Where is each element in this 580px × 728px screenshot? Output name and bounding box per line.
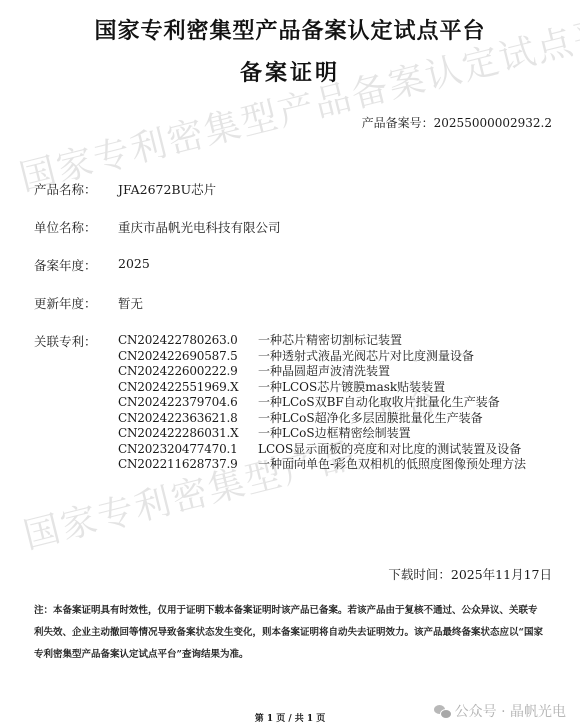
- product-name-value: JFA2672BU芯片: [118, 180, 216, 198]
- company-name-label: 单位名称：: [34, 218, 97, 236]
- patent-row: CN202422379704.6 一种LCoS双BF自动化取收片批量化生产装备: [118, 395, 558, 411]
- patent-row: CN202211628737.9 一种面向单色-彩色双相机的低照度图像预处理方法: [118, 457, 558, 473]
- patent-title: 一种LCoS超净化多层固膜批量化生产装备: [258, 411, 528, 427]
- patent-row: CN202422551969.X 一种LCOS芯片镀膜mask贴装装置: [118, 380, 558, 396]
- record-year-label: 备案年度：: [34, 256, 97, 274]
- patent-number: CN202211628737.9: [118, 457, 258, 473]
- patent-number: CN202422600222.9: [118, 364, 258, 380]
- certificate-title: 国家专利密集型产品备案认定试点平台: [0, 14, 580, 45]
- patent-title: 一种透射式液晶光阀芯片对比度测量设备: [258, 349, 528, 365]
- product-name-label: 产品名称：: [34, 180, 97, 198]
- certificate-subtitle: 备案证明: [0, 56, 580, 87]
- certificate-document: 国家专利密集型产品备案认定试点平台 备案证明 产品备案号：20255000002…: [0, 0, 580, 728]
- disclaimer-note: 注：本备案证明具有时效性，仅用于证明下载本备案证明时该产品已备案。若该产品由于复…: [34, 600, 546, 666]
- patent-row: CN202422286031.X 一种LCoS边框精密绘制装置: [118, 426, 558, 442]
- patent-list: CN202422780263.0 一种芯片精密切割标记装置 CN20242269…: [118, 333, 558, 473]
- related-patents-label: 关联专利：: [34, 332, 97, 350]
- record-year-value: 2025: [118, 256, 150, 271]
- wechat-icon: [434, 705, 450, 718]
- wechat-source-watermark: 公众号 · 晶帆光电: [434, 701, 566, 721]
- patent-number: CN202422286031.X: [118, 426, 258, 442]
- patent-title: 一种LCoS边框精密绘制装置: [258, 426, 528, 442]
- patent-title: 一种LCOS芯片镀膜mask贴装装置: [258, 380, 528, 396]
- patent-number: CN202422379704.6: [118, 395, 258, 411]
- patent-title: 一种面向单色-彩色双相机的低照度图像预处理方法: [258, 457, 528, 473]
- download-time: 下载时间：2025年11月17日: [388, 565, 552, 583]
- company-name-value: 重庆市晶帆光电科技有限公司: [118, 218, 281, 236]
- patent-row: CN202320477470.1 LCOS显示面板的亮度和对比度的测试装置及设备: [118, 442, 558, 458]
- wechat-source-text: 公众号 · 晶帆光电: [455, 701, 566, 721]
- update-year-label: 更新年度：: [34, 294, 97, 312]
- record-number: 产品备案号：20255000002932.2: [362, 114, 552, 131]
- patent-row: CN202422363621.8 一种LCoS超净化多层固膜批量化生产装备: [118, 411, 558, 427]
- patent-number: CN202320477470.1: [118, 442, 258, 458]
- patent-title: LCOS显示面板的亮度和对比度的测试装置及设备: [258, 442, 528, 458]
- patent-row: CN202422690587.5 一种透射式液晶光阀芯片对比度测量设备: [118, 349, 558, 365]
- patent-title: 一种LCoS双BF自动化取收片批量化生产装备: [258, 395, 528, 411]
- patent-number: CN202422363621.8: [118, 411, 258, 427]
- patent-row: CN202422780263.0 一种芯片精密切割标记装置: [118, 333, 558, 349]
- patent-title: 一种芯片精密切割标记装置: [258, 333, 528, 349]
- update-year-value: 暂无: [118, 294, 143, 312]
- patent-number: CN202422780263.0: [118, 333, 258, 349]
- patent-title: 一种晶圆超声波清洗装置: [258, 364, 528, 380]
- patent-row: CN202422600222.9 一种晶圆超声波清洗装置: [118, 364, 558, 380]
- patent-number: CN202422551969.X: [118, 380, 258, 396]
- patent-number: CN202422690587.5: [118, 349, 258, 365]
